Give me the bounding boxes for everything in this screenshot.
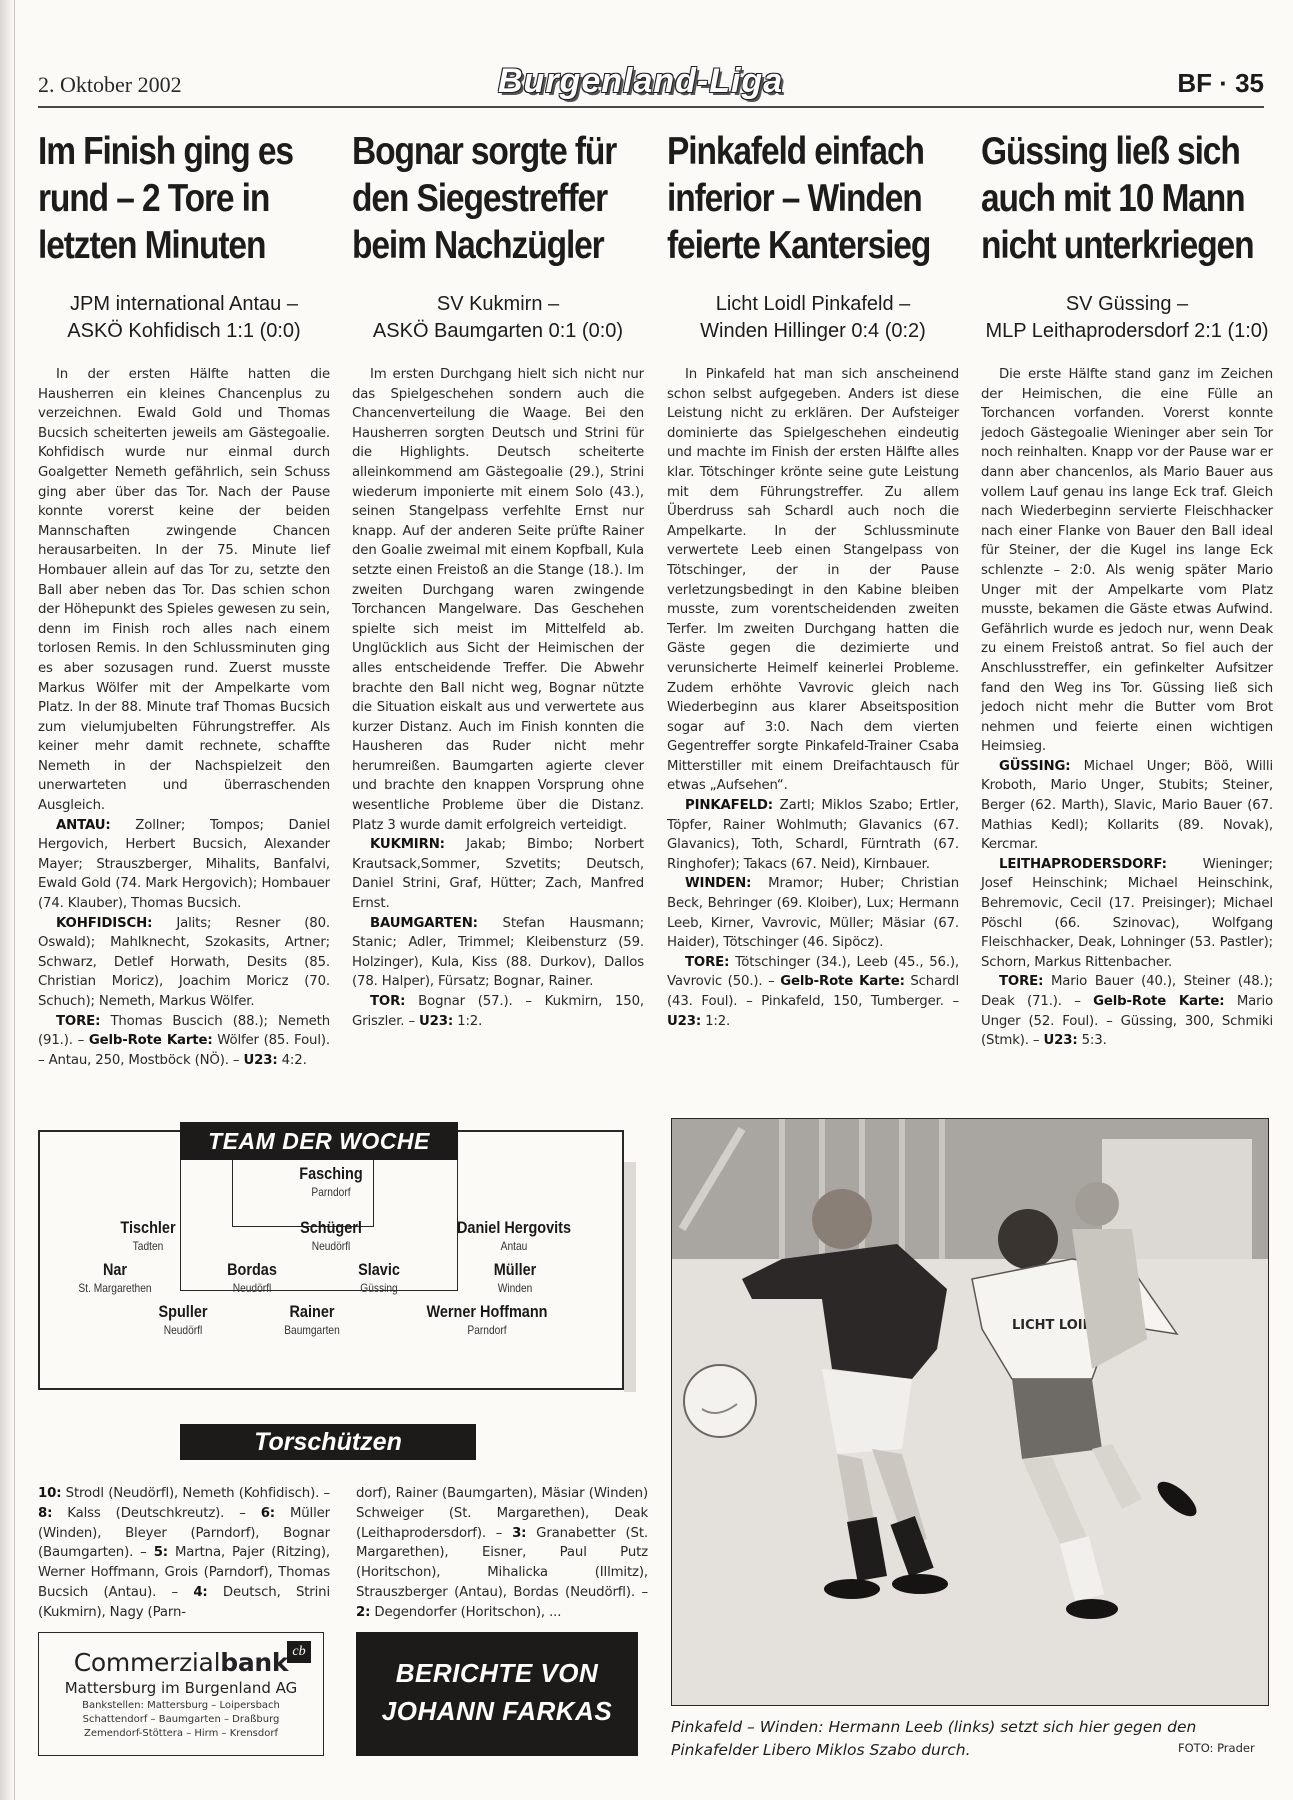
match-facts: TORE: Mario Bauer (40.), Steiner (48.); …: [981, 972, 1273, 1050]
team-label: KOHFIDISCH:: [56, 916, 152, 931]
box-shadow: [624, 1162, 636, 1392]
headline-line: auch mit 10 Mann: [981, 175, 1232, 222]
tdw-player: TischlerTadten: [58, 1218, 238, 1254]
match-report: In Pinkafeld hat man sich anscheinend sc…: [667, 365, 959, 796]
fact-u23-label: U23:: [1044, 1033, 1078, 1048]
fact-goals-label: TOR:: [370, 994, 405, 1009]
tdw-player: Daniel HergovitsAntau: [424, 1218, 604, 1254]
author-line-2: JOHANN FARKAS: [356, 1692, 638, 1730]
fact-goals-label: TORE:: [999, 974, 1043, 989]
player-list: Wieninger; Josef Heinschink; Michael Hei…: [981, 857, 1273, 970]
photo-credit: FOTO: Prader: [1178, 1741, 1255, 1755]
team-lineup: LEITHAPRODERSDORF: Wieninger; Josef Hein…: [981, 855, 1273, 973]
photo-caption: Pinkafeld – Winden: Hermann Leeb (links)…: [671, 1716, 1271, 1762]
player-club: Tadten: [72, 1238, 225, 1254]
match-result: SV Kukmirn –ASKÖ Baumgarten 0:1 (0:0): [352, 291, 644, 345]
match-line: SV Kukmirn –: [352, 291, 644, 318]
team-lineup: KUKMIRN: Jakab; Bimbo; Norbert Krautsack…: [352, 835, 644, 913]
player-name: Werner Hoffmann: [411, 1302, 564, 1322]
headline-line: nicht unterkriegen: [981, 222, 1232, 269]
headline-line: letzten Minuten: [38, 222, 289, 269]
match-report: In der ersten Hälfte hatten die Hausherr…: [38, 365, 330, 816]
match-result: SV Güssing –MLP Leithaprodersdorf 2:1 (1…: [981, 291, 1273, 345]
bank-subtitle: Mattersburg im Burgenland AG: [39, 1677, 323, 1699]
team-lineup: BAUMGARTEN: Stefan Hausmann; Stanic; Adl…: [352, 914, 644, 992]
team-label: GÜSSING:: [999, 759, 1070, 774]
team-der-woche-title: Team der Woche: [180, 1122, 458, 1160]
section-title: Burgenland-Liga: [498, 62, 783, 101]
headline-line: Bognar sorgte für: [352, 128, 603, 175]
team-lineup: GÜSSING: Michael Unger; Böö, Willi Krobo…: [981, 757, 1273, 855]
match-line: ASKÖ Kohfidisch 1:1 (0:0): [38, 318, 330, 345]
match-line: ASKÖ Baumgarten 0:1 (0:0): [352, 318, 644, 345]
issue-date: 2. Oktober 2002: [38, 72, 182, 98]
team-lineup: ANTAU: Zollner; Tompos; Daniel Hergovich…: [38, 816, 330, 914]
fact-u23-label: U23:: [667, 1014, 701, 1029]
team-lineup: WINDEN: Mramor; Huber; Christian Beck, B…: [667, 874, 959, 952]
headline-line: Güssing ließ sich: [981, 128, 1232, 175]
fact-u23: 4:2.: [282, 1053, 307, 1068]
headline: Pinkafeld einfachinferior – Windenfeiert…: [667, 128, 918, 269]
headline-line: beim Nachzügler: [352, 222, 603, 269]
headline-line: feierte Kantersieg: [667, 222, 918, 269]
match-line: SV Güssing –: [981, 291, 1273, 318]
page-edge: [0, 0, 15, 1800]
team-label: KUKMIRN:: [370, 837, 445, 852]
tdw-player: RainerBaumgarten: [222, 1302, 402, 1338]
match-line: MLP Leithaprodersdorf 2:1 (1:0): [981, 318, 1273, 345]
torschuetzen-title: Torschützen: [180, 1424, 476, 1460]
headline-line: inferior – Winden: [667, 175, 918, 222]
fact-goals-label: TORE:: [685, 955, 729, 970]
team-label: WINDEN:: [685, 876, 751, 891]
match-line: JPM international Antau –: [38, 291, 330, 318]
fact-u23: 1:2.: [705, 1014, 730, 1029]
article-body: In Pinkafeld hat man sich anscheinend sc…: [667, 365, 959, 1031]
article-guessing-leithaprodersdorf: Güssing ließ sichauch mit 10 Mannnicht u…: [981, 128, 1273, 1051]
headline: Güssing ließ sichauch mit 10 Mannnicht u…: [981, 128, 1232, 269]
headline-line: Pinkafeld einfach: [667, 128, 918, 175]
player-club: Parndorf: [255, 1184, 408, 1200]
fact-card-label: Gelb-Rote Karte:: [89, 1033, 213, 1048]
fact-card-label: Gelb-Rote Karte:: [1093, 994, 1224, 1009]
bank-name: Commerzialbank: [39, 1649, 323, 1677]
match-result: Licht Loidl Pinkafeld –Winden Hillinger …: [667, 291, 959, 345]
headline-line: rund – 2 Tore in: [38, 175, 289, 222]
article-antau-kohfidisch: Im Finish ging esrund – 2 Tore inletzten…: [38, 128, 330, 1070]
player-club: Baumgarten: [236, 1322, 389, 1338]
player-name: Schügerl: [255, 1218, 408, 1238]
team-der-woche-box: Team der Woche FaschingParndorfTischlerT…: [38, 1130, 624, 1390]
headline: Bognar sorgte fürden Siegestrefferbeim N…: [352, 128, 603, 269]
match-line: Winden Hillinger 0:4 (0:2): [667, 318, 959, 345]
torschuetzen-list-col2: dorf), Rainer (Baumgarten), Mäsiar (Wind…: [356, 1484, 648, 1623]
player-name: Rainer: [236, 1302, 389, 1322]
article-body: Im ersten Durchgang hielt sich nicht nur…: [352, 365, 644, 1031]
player-name: Daniel Hergovits: [438, 1218, 591, 1238]
headline-line: den Siegestreffer: [352, 175, 603, 222]
player-name: Tischler: [72, 1218, 225, 1238]
football-players-illustration: LICHT LOIDL: [672, 1119, 1268, 1705]
match-photo: LICHT LOIDL: [671, 1118, 1269, 1706]
match-line: Licht Loidl Pinkafeld –: [667, 291, 959, 318]
tdw-player: Werner HoffmannParndorf: [397, 1302, 577, 1338]
tdw-player: MüllerWinden: [425, 1260, 605, 1296]
bank-logo-icon: cb: [287, 1641, 311, 1663]
team-label: ANTAU:: [56, 818, 111, 833]
fact-card-label: Gelb-Rote Karte:: [780, 974, 905, 989]
match-facts: TORE: Tötschinger (34.), Leeb (45., 56.)…: [667, 953, 959, 1031]
fact-u23-label: U23:: [419, 1014, 453, 1029]
match-report: Die erste Hälfte stand ganz im Zeichen d…: [981, 365, 1273, 757]
player-club: Winden: [439, 1280, 592, 1296]
bank-name-regular: Commerzial: [74, 1648, 220, 1677]
article-kukmirn-baumgarten: Bognar sorgte fürden Siegestrefferbeim N…: [352, 128, 644, 1031]
torschuetzen-list-col1: 10: Strodl (Neudörfl), Nemeth (Kohfidisc…: [38, 1484, 330, 1623]
player-name: Fasching: [255, 1164, 408, 1184]
tdw-player: FaschingParndorf: [241, 1164, 421, 1200]
author-box: BERICHTE VON JOHANN FARKAS: [356, 1632, 638, 1756]
bank-branches-3: Zemendorf-Stöttera – Hirm – Krensdorf: [39, 1727, 323, 1741]
team-label: LEITHAPRODERSDORF:: [999, 857, 1167, 872]
headline: Im Finish ging esrund – 2 Tore inletzten…: [38, 128, 289, 269]
fact-u23: 5:3.: [1082, 1033, 1107, 1048]
player-name: Müller: [439, 1260, 592, 1280]
match-facts: TOR: Bognar (57.). – Kukmirn, 150, Grisz…: [352, 992, 644, 1031]
bank-branches-1: Bankstellen: Mattersburg – Loipersbach: [39, 1699, 323, 1713]
team-lineup: KOHFIDISCH: Jalits; Resner (80. Oswald);…: [38, 914, 330, 1012]
bank-name-bold: bank: [220, 1648, 288, 1677]
tdw-player: SchügerlNeudörfl: [241, 1218, 421, 1254]
team-lineup: PINKAFELD: Zartl; Miklos Szabo; Ertler, …: [667, 796, 959, 874]
player-club: Antau: [438, 1238, 591, 1254]
fact-u23-label: U23:: [244, 1053, 278, 1068]
fact-goals-label: TORE:: [56, 1014, 100, 1029]
headline-line: Im Finish ging es: [38, 128, 289, 175]
commerzialbank-ad: cb Commerzialbank Mattersburg im Burgenl…: [38, 1632, 324, 1756]
article-body: In der ersten Hälfte hatten die Hausherr…: [38, 365, 330, 1070]
author-line-1: BERICHTE VON: [356, 1654, 638, 1692]
article-pinkafeld-winden: Pinkafeld einfachinferior – Windenfeiert…: [667, 128, 959, 1031]
match-report: Im ersten Durchgang hielt sich nicht nur…: [352, 365, 644, 835]
header-rule: [38, 106, 1264, 108]
match-result: JPM international Antau –ASKÖ Kohfidisch…: [38, 291, 330, 345]
player-club: Parndorf: [411, 1322, 564, 1338]
match-facts: TORE: Thomas Buscich (88.); Nemeth (91.)…: [38, 1012, 330, 1071]
article-body: Die erste Hälfte stand ganz im Zeichen d…: [981, 365, 1273, 1051]
player-club: Neudörfl: [255, 1238, 408, 1254]
page-number: BF · 35: [1177, 68, 1264, 99]
team-label: BAUMGARTEN:: [370, 916, 478, 931]
bank-branches-2: Schattendorf – Baumgarten – Draßburg: [39, 1713, 323, 1727]
page-header: 2. Oktober 2002 Burgenland-Liga BF · 35: [38, 66, 1264, 106]
fact-u23: 1:2.: [457, 1014, 482, 1029]
team-label: PINKAFELD:: [685, 798, 773, 813]
